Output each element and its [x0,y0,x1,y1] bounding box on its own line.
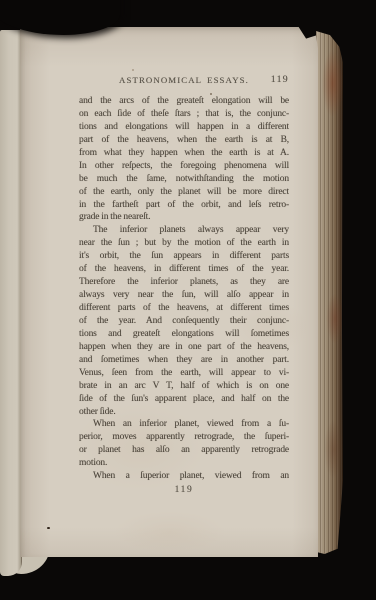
text-line: brate in an arc V T, half of which is on… [79,380,289,393]
text-line: The inferior planets always appear very [79,224,289,237]
text-line: motion. [79,457,289,470]
paper-speck [132,69,134,71]
text-line: of the earth, only the planet will be mo… [79,186,289,199]
text-line: part of the heavens, when the earth is a… [79,134,289,147]
text-line: In other reſpects, the foregoing phenome… [79,160,289,173]
text-line: When an inferior planet, viewed from a ſ… [79,418,289,431]
text-line: near the ſun ; but by the motion of the … [79,237,289,250]
text-line: be much the ſame, notwithſtanding the mo… [79,173,289,186]
text-line: other ſide. [79,406,289,419]
text-line: of the year. And conſequently their conj… [79,315,289,328]
text-line: or planet has alſo an apparently retrogr… [79,444,289,457]
text-line: of the heavens, in different times of th… [79,263,289,276]
text-line: ſide of the ſun's apparent place, and ha… [79,393,289,406]
text-line: tions and greateſt elongations will ſome… [79,328,289,341]
text-line: it's orbit, the ſun appears in different… [79,250,289,263]
book-photo: ASTRONOMICAL ESSAYS. 119 and the arcs of… [0,0,376,600]
text-line: tions and elongations will happen in a d… [79,121,289,134]
page-header: ASTRONOMICAL ESSAYS. 119 [79,75,289,88]
text-line: Therefore the inferior planets, as they … [79,276,289,289]
paper-speck [210,93,212,95]
book-page: ASTRONOMICAL ESSAYS. 119 and the arcs of… [20,27,318,557]
paper-speck [47,527,50,529]
text-line: happen when they are in one part of the … [79,341,289,354]
text-line: different parts of the heavens, at diffe… [79,302,289,315]
facing-page-edge [0,30,22,576]
text-line: from what they happen when the earth is … [79,147,289,160]
page-number-header: 119 [271,74,289,85]
text-line: When a ſuperior planet, viewed from an [79,470,289,483]
text-line: grade in the neareſt. [79,211,289,224]
body-text: and the arcs of the greateſt elongation … [79,95,289,483]
text-line: and ſometimes when they are in another p… [79,354,289,367]
text-line: always very near the ſun, will alſo appe… [79,289,289,302]
text-line: Venus, ſeen from the earth, will appear … [79,367,289,380]
book-fore-edge [316,31,343,554]
page-number-footer: 119 [79,485,289,495]
text-line: perior, moves apparently retrograde, the… [79,431,289,444]
text-line: and the arcs of the greateſt elongation … [79,95,289,108]
running-title: ASTRONOMICAL ESSAYS. [79,75,289,85]
text-line: in the fartheſt part of the orbit, and l… [79,199,289,212]
text-line: on each ſide of theſe ſtars ; that is, t… [79,108,289,121]
